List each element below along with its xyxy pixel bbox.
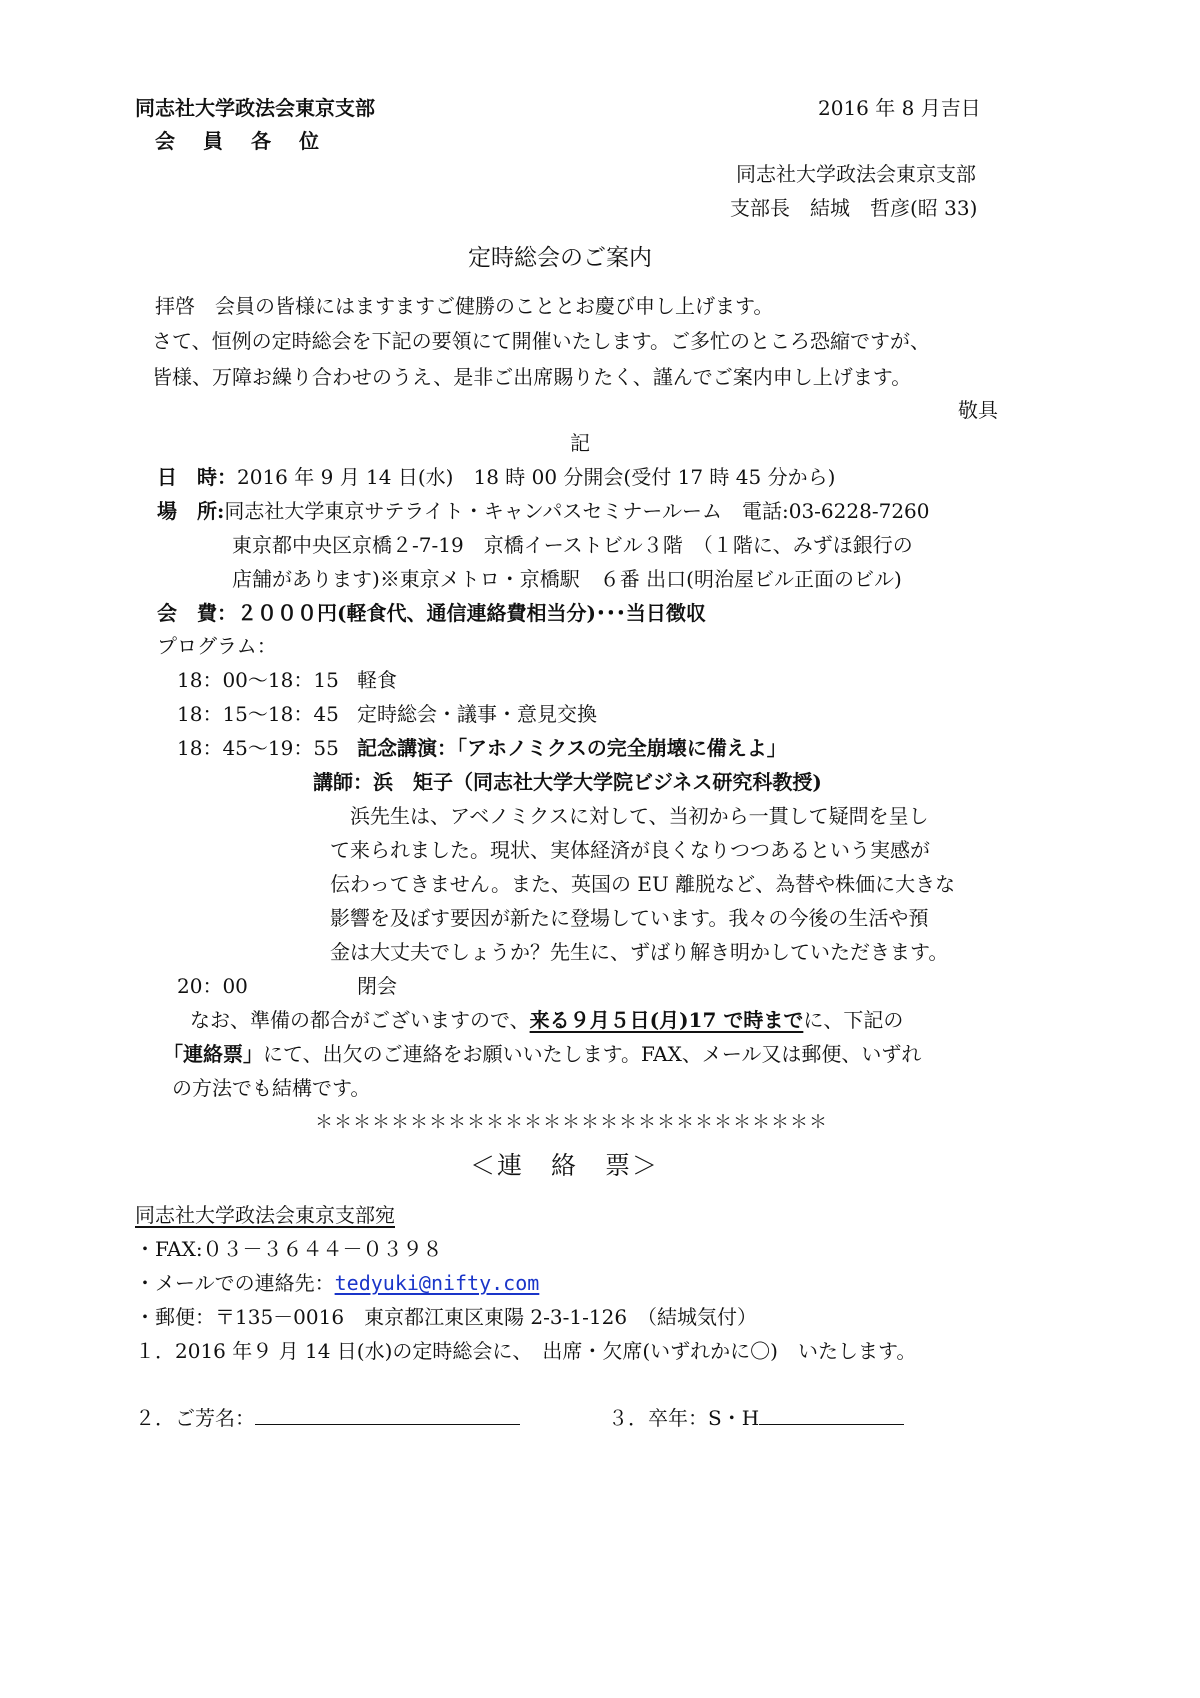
- datetime-label: 日 時：: [157, 465, 237, 489]
- place-station: ※東京メトロ・京橋駅 ６番 出口(明治屋ビル正面のビル): [380, 567, 902, 591]
- lecture-desc-line: て来られました。現状、実体経済が良くなりつつあるという実感が: [330, 837, 930, 863]
- program-label: プログラム：: [157, 633, 277, 659]
- program-item-closing: 20：00閉会: [177, 973, 397, 999]
- program-item: 18：15～18：45定時総会・議事・意見交換: [177, 701, 597, 727]
- fee-value: ２０００円(軽食代、通信連絡費相当分)･･･当日徴収: [237, 601, 706, 625]
- name-label: ２．ご芳名：: [135, 1406, 255, 1430]
- place-note: 店舗があります): [232, 567, 380, 591]
- closing-keigu: 敬具: [958, 397, 998, 423]
- greeting-line-1: 拝啓 会員の皆様にはますますご健勝のこととお慶び申し上げます。: [155, 293, 773, 319]
- place-value: 同志社大学東京サテライト・キャンパスセミナールーム 電話:03-6228-726…: [224, 499, 929, 523]
- asterisk-separator: ＊＊＊＊＊＊＊＊＊＊＊＊＊＊＊＊＊＊＊＊＊＊＊＊＊＊＊: [315, 1110, 828, 1136]
- page-title: 定時総会のご案内: [468, 245, 652, 271]
- document-date: 2016 年 8 月吉日: [818, 95, 981, 121]
- program-time: 18：15～18：45: [177, 701, 357, 727]
- rsvp-line-1: なお、準備の都合がございますので、来る９月５日(月)17 で時までに、下記の: [170, 1007, 903, 1033]
- email-link[interactable]: tedyuki@nifty.com: [335, 1271, 540, 1295]
- program-item: 18：00～18：15軽食: [177, 667, 397, 693]
- document-page: 同志社大学政法会東京支部 2016 年 8 月吉日 会 員 各 位 同志社大学政…: [0, 0, 1200, 1698]
- lecture-desc-line: 伝わってきません。また、英国の EU 離脱など、為替や株価に大きな: [330, 871, 955, 897]
- place-access: 店舗があります)※東京メトロ・京橋駅 ６番 出口(明治屋ビル正面のビル): [232, 566, 902, 592]
- lecture-desc-line: 影響を及ぼす要因が新たに登場しています。我々の今後の生活や預: [330, 905, 928, 931]
- form-question-3: ３．卒年：S・H: [608, 1405, 904, 1431]
- form-email-row: ・メールでの連絡先：tedyuki@nifty.com: [135, 1270, 539, 1296]
- contact-form-ref: 「連絡票」: [163, 1042, 263, 1066]
- datetime-value: 2016 年 9 月 14 日(水) 18 時 00 分開会(受付 17 時 4…: [237, 465, 835, 489]
- rsvp-text: に、下記の: [803, 1008, 903, 1032]
- rsvp-text: なお、準備の都合がございますので、: [170, 1008, 530, 1032]
- recipients: 会 員 各 位: [155, 128, 323, 154]
- rsvp-line-3: の方法でも結構です。: [172, 1075, 370, 1101]
- form-mail: ・郵便：〒135－0016 東京都江東区東陽 2-3-1-126 （結城気付）: [135, 1304, 757, 1330]
- program-title: 閉会: [357, 974, 397, 998]
- lecture-desc-line: 浜先生は、アベノミクスに対して、当初から一貫して疑問を呈し: [330, 803, 929, 829]
- place-label: 場 所:: [157, 499, 224, 523]
- email-label: ・メールでの連絡先：: [135, 1271, 335, 1295]
- greeting-line-3: 皆様、万障お繰り合わせのうえ、是非ご出席賜りたく、謹んでご案内申し上げます。: [152, 364, 911, 390]
- rsvp-deadline: 来る９月５日(月)17 で時まで: [530, 1008, 804, 1032]
- sender-org: 同志社大学政法会東京支部: [736, 161, 976, 187]
- form-question-1: １．2016 年９ 月 14 日(水)の定時総会に、 出席・欠席(いずれかに〇)…: [135, 1338, 916, 1364]
- form-fax: ・FAX:０３－３６４４－０３９８: [135, 1236, 443, 1262]
- lecturer: 講師：浜 矩子（同志社大学大学院ビジネス研究科教授): [313, 769, 822, 795]
- rsvp-line-2: 「連絡票」にて、出欠のご連絡をお願いいたします。FAX、メール又は郵便、いずれ: [163, 1041, 921, 1067]
- program-time: 20：00: [177, 973, 357, 999]
- contact-form-title: ＜連 絡 票＞: [470, 1153, 659, 1179]
- greeting-line-2: さて、恒例の定時総会を下記の要領にて開催いたします。ご多忙のところ恐縮ですが、: [152, 328, 930, 354]
- program-time: 18：00～18：15: [177, 667, 357, 693]
- datetime-row: 日 時：2016 年 9 月 14 日(水) 18 時 00 分開会(受付 17…: [157, 464, 835, 490]
- form-addressee: 同志社大学政法会東京支部宛: [135, 1202, 395, 1228]
- fee-label: 会 費：: [157, 601, 237, 625]
- graduation-year-blank[interactable]: [759, 1406, 904, 1425]
- ki-marker: 記: [570, 430, 590, 456]
- program-title: 記念講演：「アホノミクスの完全崩壊に備えよ」: [357, 736, 787, 760]
- name-field-blank[interactable]: [255, 1406, 520, 1425]
- place-row: 場 所:同志社大学東京サテライト・キャンパスセミナールーム 電話:03-6228…: [157, 498, 930, 524]
- sender-name: 支部長 結城 哲彦(昭 33): [730, 195, 977, 221]
- program-title: 定時総会・議事・意見交換: [357, 702, 597, 726]
- program-item: 18：45～19：55記念講演：「アホノミクスの完全崩壊に備えよ」: [177, 735, 787, 761]
- form-question-2: ２．ご芳名：: [135, 1405, 520, 1431]
- graduation-year-label: ３．卒年：S・H: [608, 1406, 759, 1430]
- lecture-desc-line: 金は大丈夫でしょうか？先生に、ずばり解き明かしていただきます。: [330, 939, 948, 965]
- place-address: 東京都中央区京橋２-7-19 京橋イーストビル３階 （１階に、みずほ銀行の: [232, 532, 913, 558]
- rsvp-text: にて、出欠のご連絡をお願いいたします。FAX、メール又は郵便、いずれ: [263, 1042, 921, 1066]
- program-time: 18：45～19：55: [177, 735, 357, 761]
- sender-org-top: 同志社大学政法会東京支部: [135, 95, 375, 121]
- program-title: 軽食: [357, 668, 397, 692]
- fee-row: 会 費：２０００円(軽食代、通信連絡費相当分)･･･当日徴収: [157, 600, 706, 626]
